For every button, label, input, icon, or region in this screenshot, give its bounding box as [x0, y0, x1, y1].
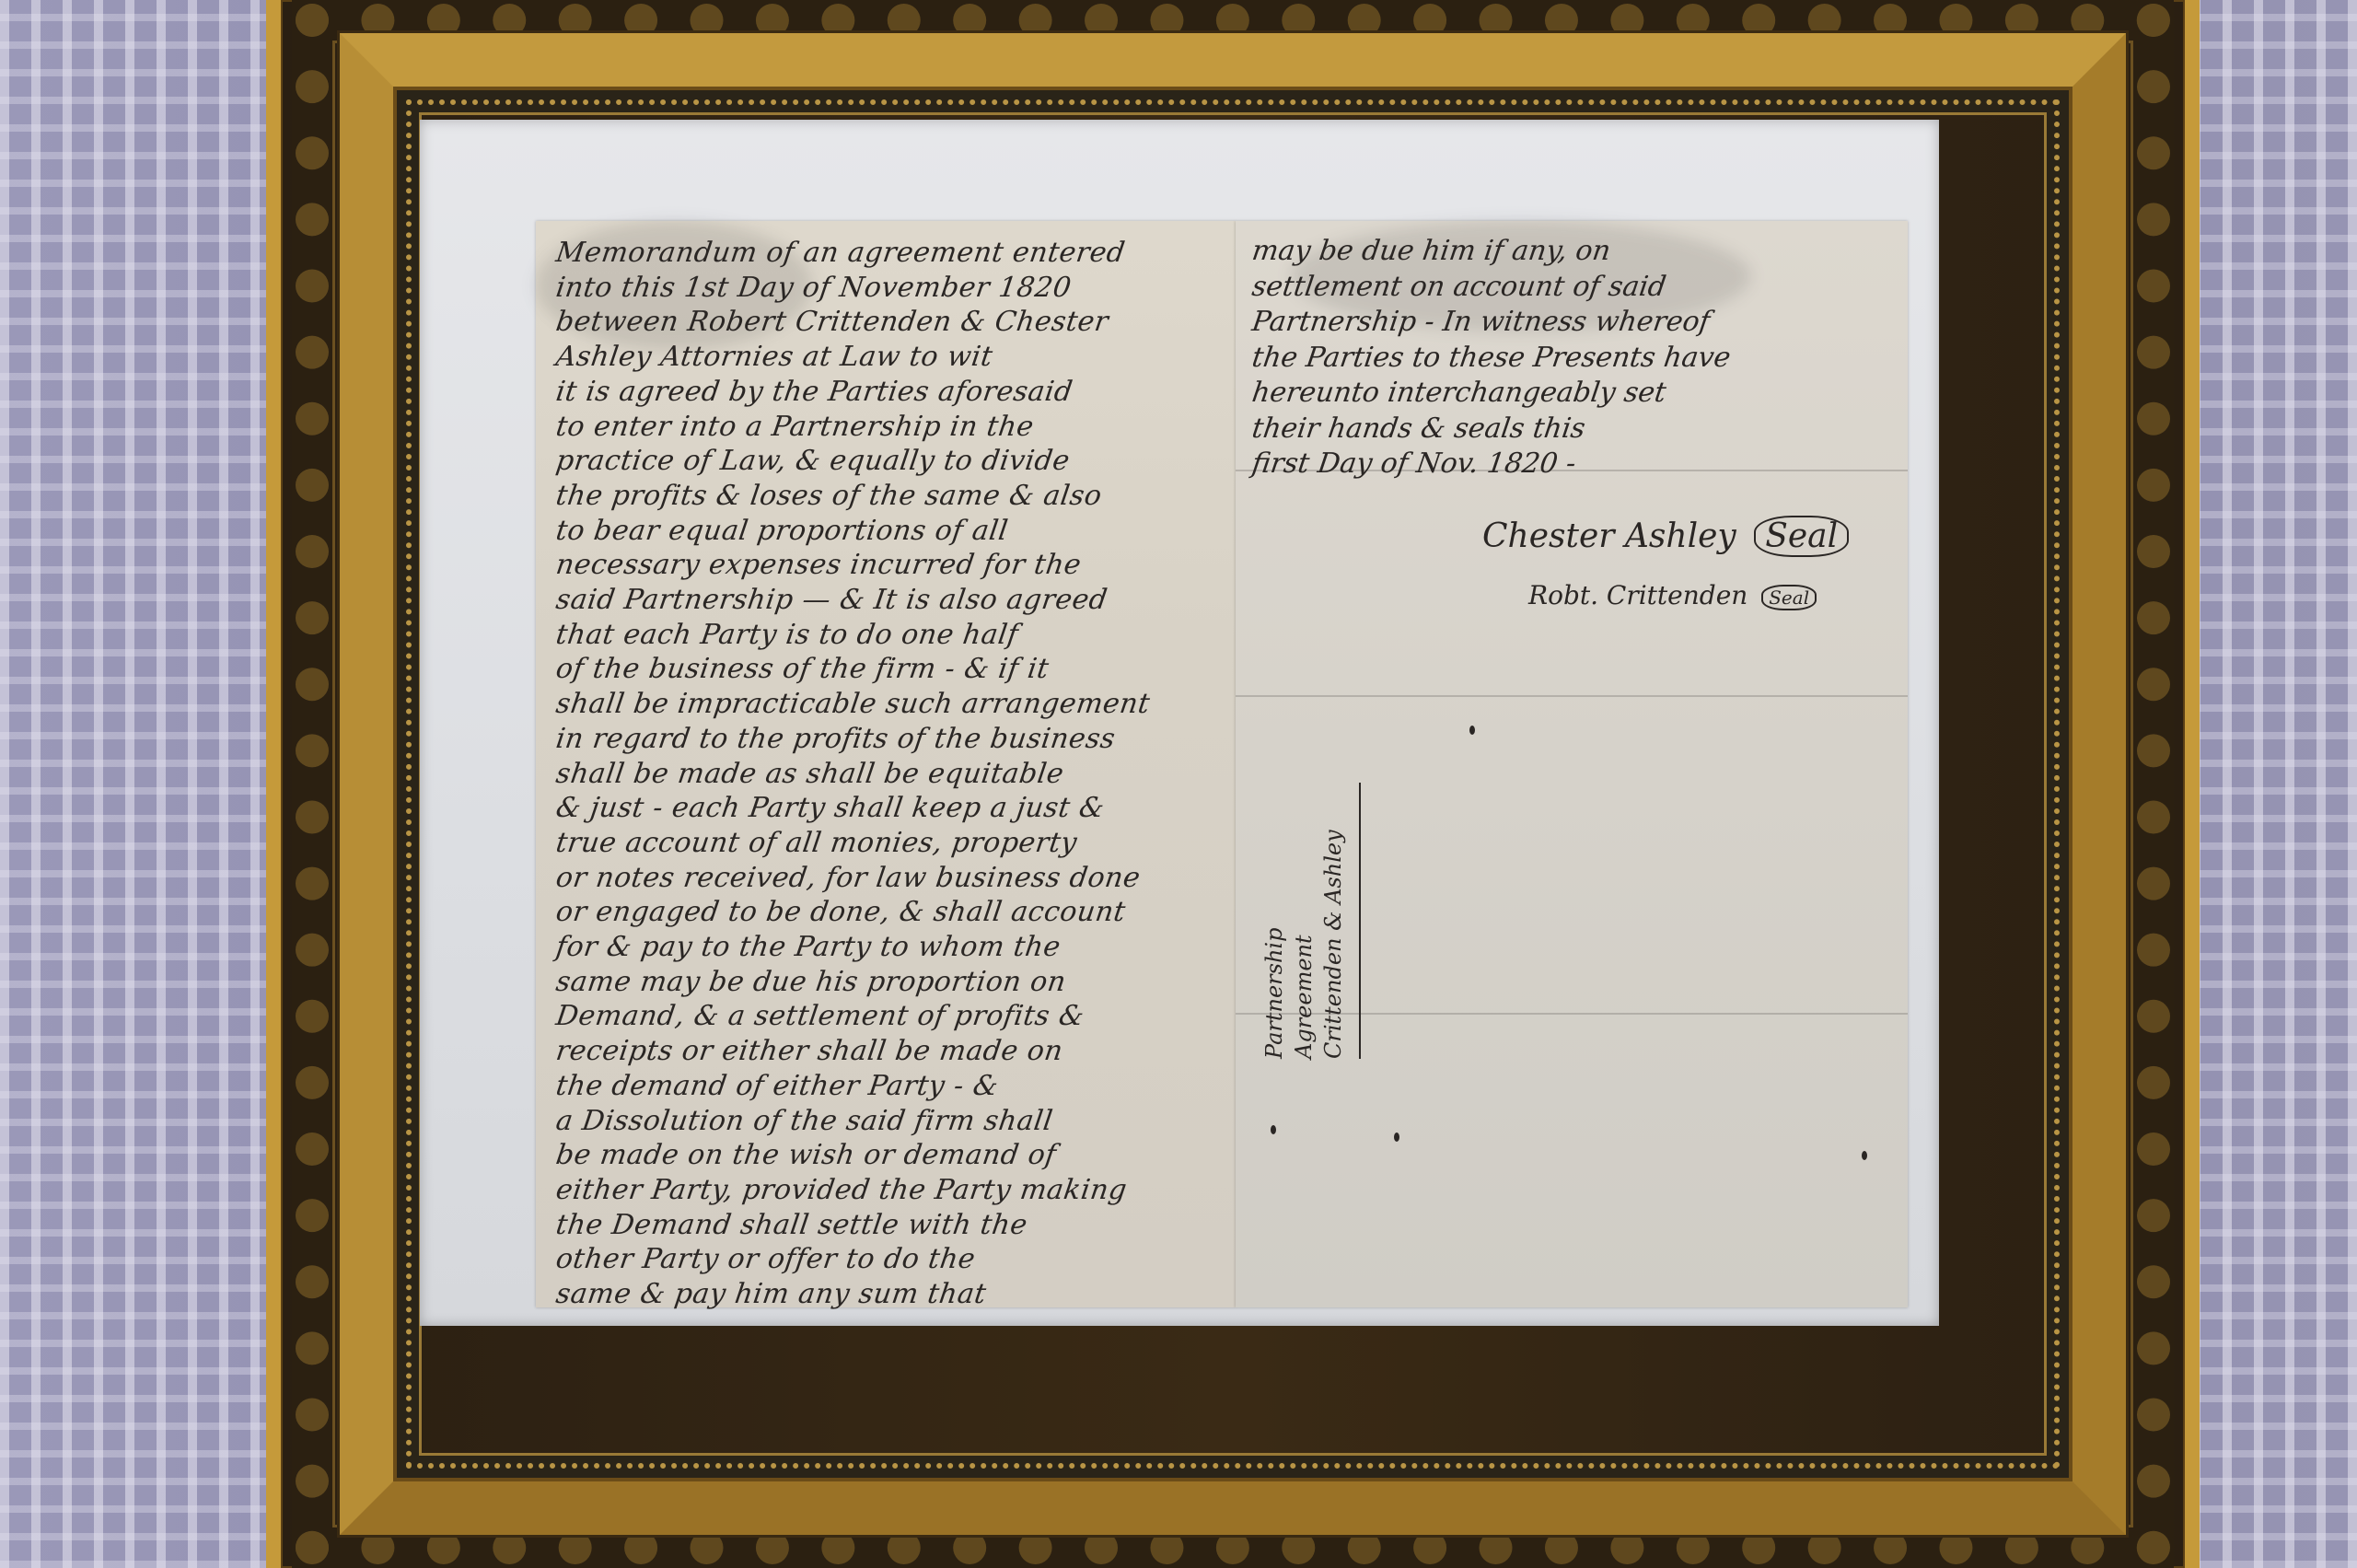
right-page-handwriting: may be due him if any, onsettlement on a…	[1252, 234, 1730, 482]
handwritten-line: or notes received, for law business done	[553, 861, 1228, 896]
handwritten-line: the Parties to these Presents have	[1249, 341, 1733, 377]
handwritten-line: Partnership - In witness whereof	[1249, 305, 1733, 341]
handwritten-line: to enter into a Partnership in the	[553, 410, 1228, 445]
handwritten-line: be made on the wish or demand of	[553, 1138, 1228, 1173]
handwritten-line: into this 1st Day of November 1820	[553, 271, 1228, 306]
handwritten-line: shall be made as shall be equitable	[553, 757, 1228, 792]
handwritten-line: may be due him if any, on	[1249, 234, 1733, 270]
handwritten-line: practice of Law, & equally to divide	[553, 444, 1228, 479]
docket-underline	[1359, 783, 1361, 1059]
handwritten-line: said Partnership — & It is also agreed	[553, 583, 1228, 618]
handwritten-line: it is agreed by the Parties aforesaid	[553, 375, 1228, 410]
handwritten-line: either Party, provided the Party making	[553, 1173, 1228, 1208]
docket-line: Agreement	[1291, 935, 1317, 1059]
handwritten-line: the demand of either Party - &	[553, 1069, 1228, 1104]
handwritten-line: to bear equal proportions of all	[553, 514, 1228, 549]
handwritten-line: same may be due his proportion on	[553, 965, 1228, 1000]
handwritten-line: the profits & loses of the same & also	[553, 479, 1228, 514]
handwritten-line: true account of all monies, property	[553, 826, 1228, 861]
handwritten-line: hereunto interchangeably set	[1249, 376, 1733, 412]
handwritten-line: first Day of Nov. 1820 -	[1249, 447, 1733, 482]
handwritten-line: settlement on account of said	[1249, 270, 1733, 306]
seal-mark: Seal	[1754, 516, 1849, 557]
handwritten-line: same & pay him any sum that	[553, 1277, 1228, 1312]
docket-endorsement: Partnership Agreement Crittenden & Ashle…	[1261, 783, 1363, 1059]
handwritten-line: or engaged to be done, & shall account	[553, 895, 1228, 930]
handwritten-line: shall be impracticable such arrangement	[553, 687, 1228, 722]
handwritten-line: Memorandum of an agreement entered	[553, 236, 1228, 271]
handwritten-line: their hands & seals this	[1249, 412, 1733, 447]
handwritten-line: a Dissolution of the said firm shall	[553, 1104, 1228, 1139]
signature-chester-ashley: Chester Ashley Seal	[1482, 516, 1849, 557]
docket-line: Crittenden & Ashley	[1320, 830, 1346, 1059]
handwritten-line: Demand, & a settlement of profits &	[553, 999, 1228, 1034]
handwritten-line: for & pay to the Party to whom the	[553, 930, 1228, 965]
document-right-page: may be due him if any, onsettlement on a…	[1236, 221, 1908, 1307]
handwritten-line: other Party or offer to do the	[553, 1242, 1228, 1277]
handwritten-line: that each Party is to do one half	[553, 618, 1228, 653]
handwritten-line: Ashley Attornies at Law to wit	[553, 340, 1228, 375]
handwritten-line: the Demand shall settle with the	[553, 1208, 1228, 1243]
seal-mark: Seal	[1761, 585, 1817, 610]
handwritten-line: & just - each Party shall keep a just &	[553, 791, 1228, 826]
docket-line: Partnership	[1261, 928, 1287, 1059]
left-page-handwriting: Memorandum of an agreement enteredinto t…	[556, 236, 1226, 1312]
signature-robt-crittenden: Robt. Crittenden Seal	[1528, 580, 1817, 610]
handwritten-line: in regard to the profits of the business	[553, 722, 1228, 757]
document-left-page: Memorandum of an agreement enteredinto t…	[536, 221, 1236, 1307]
handwritten-line: between Robert Crittenden & Chester	[553, 305, 1228, 340]
handwritten-line: of the business of the firm - & if it	[553, 652, 1228, 687]
historical-document: Memorandum of an agreement enteredinto t…	[536, 221, 1908, 1307]
handwritten-line: receipts or either shall be made on	[553, 1034, 1228, 1069]
handwritten-line: necessary expenses incurred for the	[553, 548, 1228, 583]
